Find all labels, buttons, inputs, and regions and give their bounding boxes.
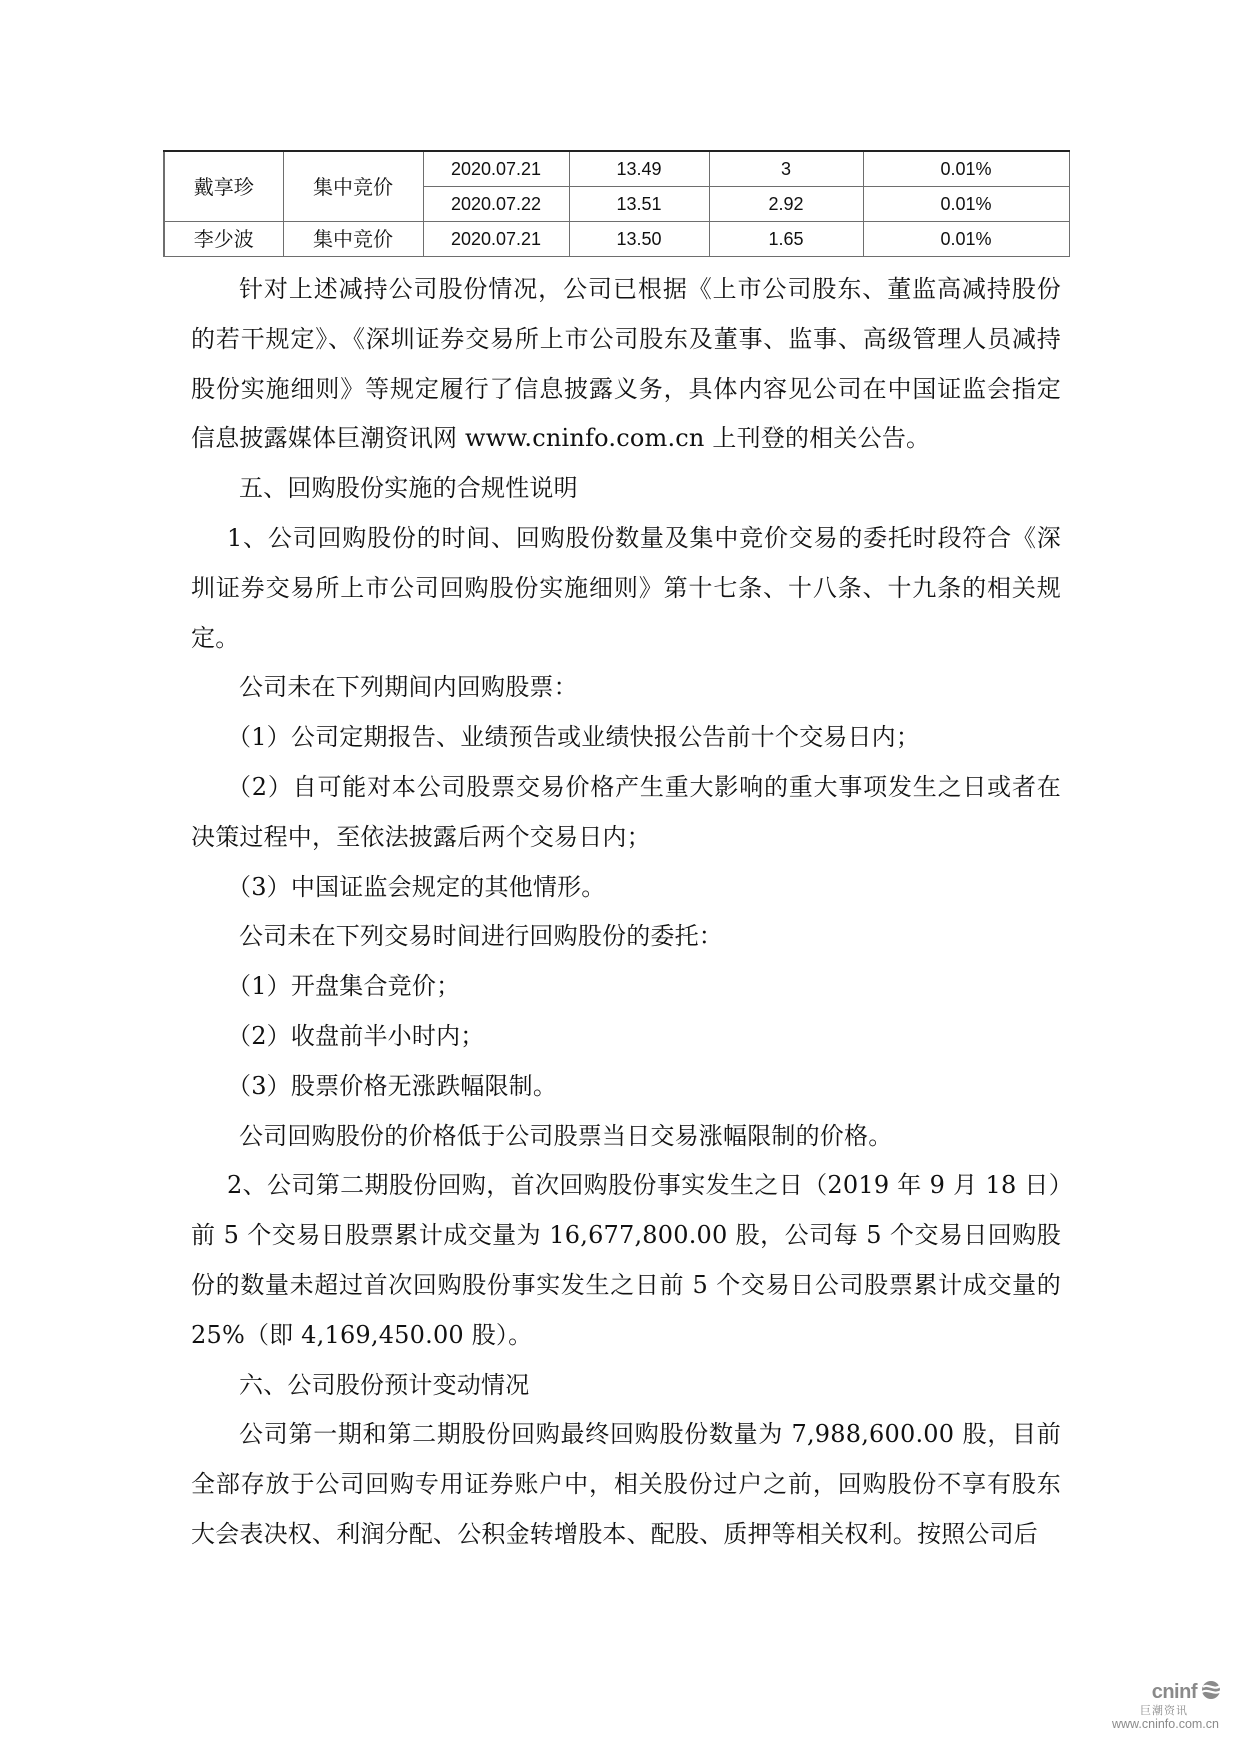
- shares-cell: 1.65: [709, 222, 863, 257]
- table-row: 戴享珍 集中竞价 2020.07.21 13.49 3 0.01%: [164, 151, 1069, 187]
- document-page: 戴享珍 集中竞价 2020.07.21 13.49 3 0.01% 2020.0…: [0, 0, 1241, 1754]
- compliance-item-2: 2、公司第二期股份回购，首次回购股份事实发生之日（2019 年 9 月 18 日…: [191, 1161, 1061, 1360]
- period-restriction-intro: 公司未在下列期间内回购股票：: [191, 663, 1061, 713]
- period-restriction-3: （3）中国证监会规定的其他情形。: [191, 863, 1061, 913]
- disclosure-paragraph: 针对上述减持公司股份情况，公司已根据《上市公司股东、董监高减持股份的若干规定》、…: [191, 265, 1061, 464]
- period-restriction-2: （2）自可能对本公司股票交易价格产生重大影响的重大事项发生之日或者在决策过程中，…: [191, 763, 1061, 863]
- date-cell: 2020.07.21: [423, 151, 569, 187]
- watermark-logo-row: cninf: [1152, 1680, 1222, 1704]
- price-cell: 13.49: [569, 151, 709, 187]
- reduction-method-cell: 集中竞价: [283, 222, 423, 257]
- share-reduction-table: 戴享珍 集中竞价 2020.07.21 13.49 3 0.01% 2020.0…: [163, 150, 1070, 257]
- cninfo-swirl-icon: [1200, 1680, 1222, 1704]
- shareholder-name-cell: 李少波: [164, 222, 283, 257]
- price-cell: 13.51: [569, 187, 709, 222]
- shares-cell: 3: [709, 151, 863, 187]
- ratio-cell: 0.01%: [863, 187, 1069, 222]
- share-change-paragraph: 公司第一期和第二期股份回购最终回购股份数量为 7,988,600.00 股，目前…: [191, 1410, 1061, 1559]
- price-compliance-paragraph: 公司回购股份的价格低于公司股票当日交易涨幅限制的价格。: [191, 1112, 1061, 1162]
- shareholder-name-cell: 戴享珍: [164, 151, 283, 222]
- watermark-brand: cninf: [1152, 1682, 1197, 1702]
- cninfo-watermark: cninf 巨潮资讯 www.cninfo.com.cn: [1112, 1680, 1236, 1740]
- ratio-cell: 0.01%: [863, 222, 1069, 257]
- document-body: 针对上述减持公司股份情况，公司已根据《上市公司股东、董监高减持股份的若干规定》、…: [191, 265, 1061, 1560]
- date-cell: 2020.07.21: [423, 222, 569, 257]
- time-restriction-2: （2）收盘前半小时内；: [191, 1012, 1061, 1062]
- date-cell: 2020.07.22: [423, 187, 569, 222]
- time-restriction-1: （1）开盘集合竞价；: [191, 962, 1061, 1012]
- price-cell: 13.50: [569, 222, 709, 257]
- time-restriction-intro: 公司未在下列交易时间进行回购股份的委托：: [191, 912, 1061, 962]
- shares-cell: 2.92: [709, 187, 863, 222]
- time-restriction-3: （3）股票价格无涨跌幅限制。: [191, 1062, 1061, 1112]
- section-heading-six: 六、公司股份预计变动情况: [191, 1361, 1061, 1411]
- table-row: 李少波 集中竞价 2020.07.21 13.50 1.65 0.01%: [164, 222, 1069, 257]
- watermark-brand-cn: 巨潮资讯: [1140, 1702, 1188, 1718]
- period-restriction-1: （1）公司定期报告、业绩预告或业绩快报公告前十个交易日内；: [191, 713, 1061, 763]
- compliance-item-1: 1、公司回购股份的时间、回购股份数量及集中竞价交易的委托时段符合《深圳证券交易所…: [191, 514, 1061, 663]
- section-heading-five: 五、回购股份实施的合规性说明: [191, 464, 1061, 514]
- reduction-method-cell: 集中竞价: [283, 151, 423, 222]
- watermark-url: www.cninfo.com.cn: [1112, 1717, 1219, 1731]
- ratio-cell: 0.01%: [863, 151, 1069, 187]
